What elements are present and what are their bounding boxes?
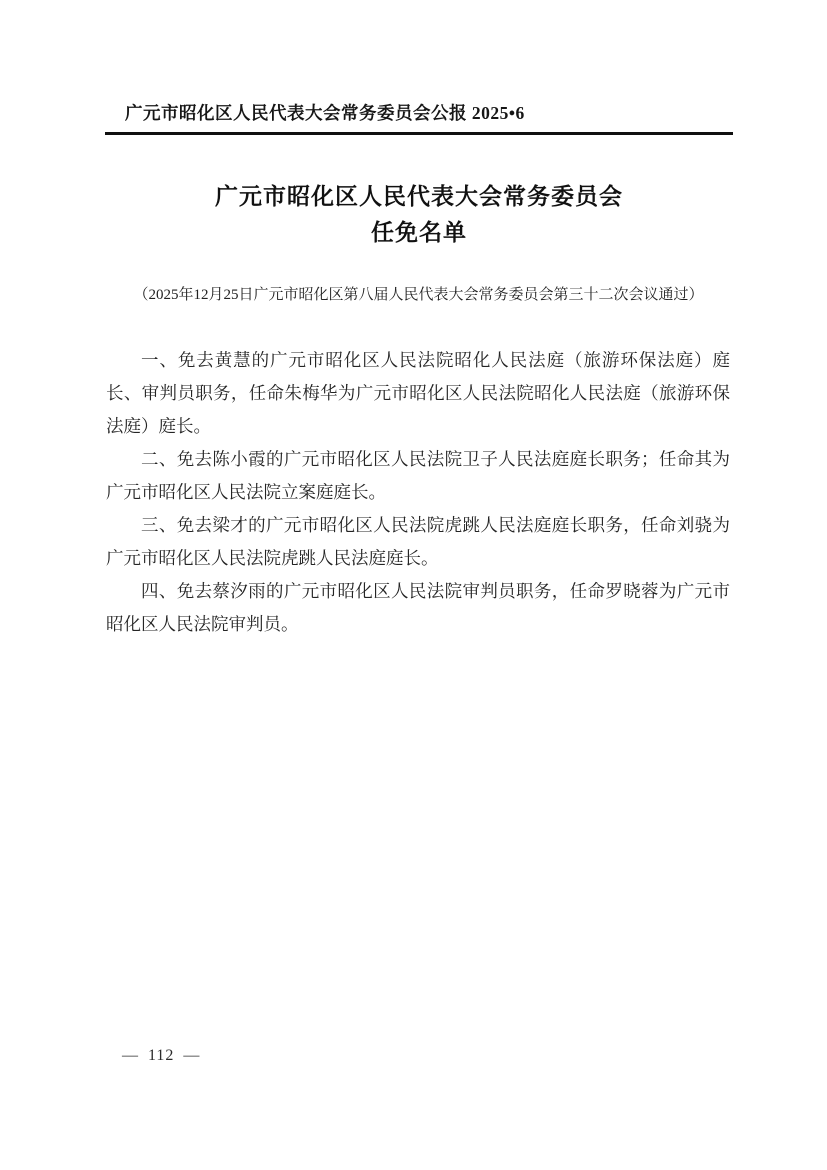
document-title: 广元市昭化区人民代表大会常务委员会 任免名单 <box>105 179 733 251</box>
document-body: 一、免去黄慧的广元市昭化区人民法院昭化人民法庭（旅游环保法庭）庭长、审判员职务，… <box>106 344 730 641</box>
page-footer: — 112 — <box>122 1047 200 1065</box>
appointment-item-3: 三、免去梁才的广元市昭化区人民法院虎跳人民法庭庭长职务，任命刘骁为广元市昭化区人… <box>106 509 730 575</box>
document-title-line2: 任免名单 <box>105 215 733 251</box>
adoption-note: （2025年12月25日广元市昭化区第八届人民代表大会常务委员会第三十二次会议通… <box>98 285 739 305</box>
appointment-item-1: 一、免去黄慧的广元市昭化区人民法院昭化人民法庭（旅游环保法庭）庭长、审判员职务，… <box>106 344 730 443</box>
page-header: 广元市昭化区人民代表大会常务委员会公报 2025•6 <box>105 100 733 135</box>
document-title-line1: 广元市昭化区人民代表大会常务委员会 <box>105 179 733 215</box>
document-page: 广元市昭化区人民代表大会常务委员会公报 2025•6 广元市昭化区人民代表大会常… <box>0 0 827 1170</box>
header-rule <box>105 132 733 135</box>
gazette-masthead-title: 广元市昭化区人民代表大会常务委员会公报 2025•6 <box>105 100 733 125</box>
page-number: — 112 — <box>122 1047 200 1064</box>
appointment-item-2: 二、免去陈小霞的广元市昭化区人民法院卫子人民法庭庭长职务；任命其为广元市昭化区人… <box>106 443 730 509</box>
appointment-item-4: 四、免去蔡汐雨的广元市昭化区人民法院审判员职务，任命罗晓蓉为广元市昭化区人民法院… <box>106 575 730 641</box>
